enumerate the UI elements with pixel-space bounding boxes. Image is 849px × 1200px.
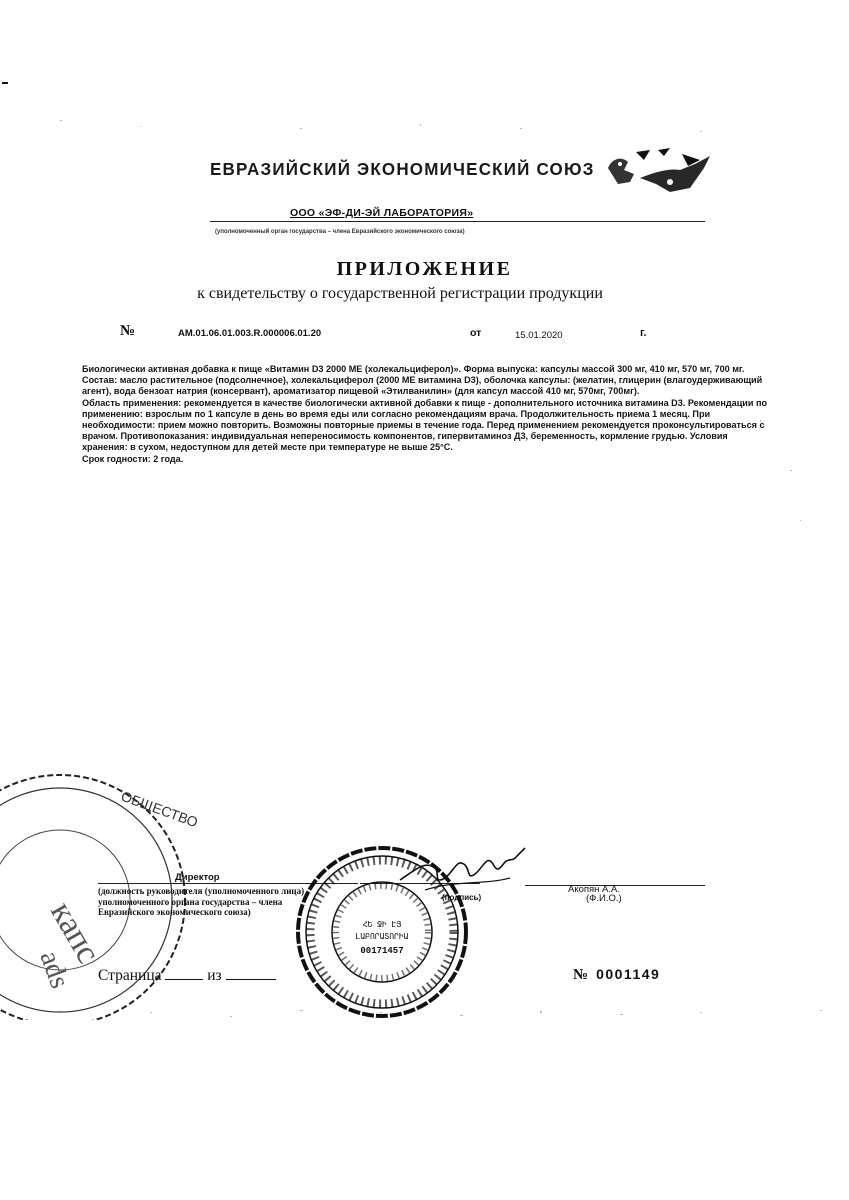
page-number-field (165, 967, 203, 980)
organization-name: ООО «ЭФ-ДИ-ЭЙ ЛАБОРАТОРИЯ» (290, 207, 473, 219)
document-subtitle: к свидетельству о государственной регист… (0, 285, 800, 303)
of-label: из (207, 967, 221, 984)
form-number-sign: № (573, 967, 588, 983)
handwritten-signature-icon (395, 840, 535, 900)
paragraph-shelf-life: Срок годности: 2 года. (82, 454, 772, 465)
form-number: №0001149 (573, 966, 660, 984)
paragraph-composition: Состав: масло растительное (подсолнечное… (82, 375, 772, 397)
year-suffix: г. (640, 327, 647, 339)
registration-row: № AM.01.06.01.003.R.000006.01.20 от 15.0… (120, 326, 680, 346)
fio-caption: (Ф.И.О.) (586, 893, 622, 904)
seal-number: 00171457 (360, 946, 403, 956)
form-number-value: 0001149 (596, 966, 660, 982)
svg-text:ԼԱԲՈՐԱՏՈՐԻԱ: ԼԱԲՈՐԱՏՈՐԻԱ (356, 932, 409, 942)
union-title: ЕВРАЗИЙСКИЙ ЭКОНОМИЧЕСКИЙ СОЮЗ (210, 160, 595, 181)
document-title: ПРИЛОЖЕНИЕ (0, 258, 849, 281)
page-counter: Страница из (98, 967, 276, 985)
divider (210, 221, 705, 222)
registration-date: 15.01.2020 (515, 330, 563, 341)
product-description: Биологически активная добавка к пище «Ви… (82, 364, 772, 465)
page-total-field (226, 967, 276, 980)
paragraph-product: Биологически активная добавка к пище «Ви… (82, 364, 772, 375)
svg-text:ՀԵ ՋԻ ԷՅ: ՀԵ ՋԻ ԷՅ (363, 920, 402, 930)
number-sign: № (120, 323, 135, 340)
page-label: Страница (98, 967, 162, 984)
eaeu-emblem-icon (600, 138, 720, 198)
position-caption: (должность руководителя (уполномоченного… (98, 886, 328, 918)
scan-mark (2, 82, 8, 84)
from-label: от (470, 327, 481, 339)
registration-number: AM.01.06.01.003.R.000006.01.20 (178, 328, 321, 339)
paragraph-usage: Область применения: рекомендуется в каче… (82, 398, 772, 454)
signer-position: Директор (175, 872, 220, 883)
organization-caption: (уполномоченный орган государства – член… (215, 229, 465, 235)
